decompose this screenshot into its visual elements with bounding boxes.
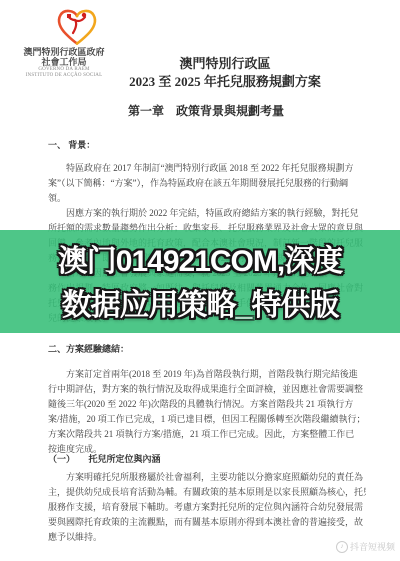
section2-sub1-heading: （一） 托兒所定位與內涵 [48,452,366,467]
paragraph5-line: 服務作支援，培育發展下輔助。考慮方案對托兒所的定位與內涵符合幼兒發展需 [48,500,366,515]
heart-logo-icon [54,8,100,46]
corner-watermark-text: 抖音短视频 [350,541,395,553]
doc-title-line2: 2023 至 2025 年托兒服務規劃方案 [50,71,400,90]
document-page: 澳門特別行政區政府 社會工作局 GOVERNO DA RAEM INSTITUT… [0,0,400,561]
paragraph4-line: 方案次階段共 21 項執行方案/措施，21 項工作已完成。因此，方案整體工作已 [48,427,366,442]
paragraph5-line: 主，提供幼兒成長培育活動為輔。有關政策的基本原則是以家長照顧為核心，托兒 [48,485,366,500]
paragraph5-line: 方案明確托兒所服務屬於社會福利，主要功能以分擔家庭照顧幼兒的責任為 [48,470,366,485]
paragraph5-line: 應予以維持。 [48,530,366,545]
paragraph4-line: 方案訂定首兩年(2018 至 2019 年)為首階段執行期，首階段執行期完結後進 [48,367,366,382]
paragraph2-line: 因應方案的執行期於 2022 年完結，特區政府總結方案的執行經驗，對托兒 [48,206,366,221]
corner-watermark: ♪ 抖音短视频 [336,541,395,553]
paragraph4-line: 隨後三年(2020 至 2022 年)次階段的具體執行情況。方案首階段共 21 … [48,397,366,412]
doc-title-line1: 澳門特別行政區 [50,53,400,72]
paragraph1-line: 案”（以下簡稱：“方案”），作為特區政府在該五年期間發展托兒服務的行動綱 [48,176,366,191]
section2-heading: 二、方案經驗總結： [48,342,366,357]
paragraph5-line: 要與國際托育政策的主流觀點，而有關基本原則亦得到本澳社會的普遍接受，故 [48,515,366,530]
section1-heading: 一、 背景： [48,138,366,153]
watermark-text-line2: 数据应用策略_特供版 [0,284,400,328]
music-note-icon: ♪ [336,541,348,553]
paragraph4-line: 行中期評估，對方案的執行情況及取得成果進行全面評檢，並因應社會需要調整 [48,382,366,397]
paragraph1-line: 特區政府在 2017 年制訂“澳門特別行政區 2018 至 2022 年托兒服務… [48,161,366,176]
watermark-text-line1: 澳门014921COM,深度 [0,240,400,284]
chapter-heading: 第一章 政策背景與規劃考量 [48,102,364,119]
paragraph4-line: 案/措施，20 項工作已完成，1 項已達目標，但因工程關係轉至次階段繼續執行； [48,412,366,427]
paragraph1-line: 領。 [48,191,366,206]
